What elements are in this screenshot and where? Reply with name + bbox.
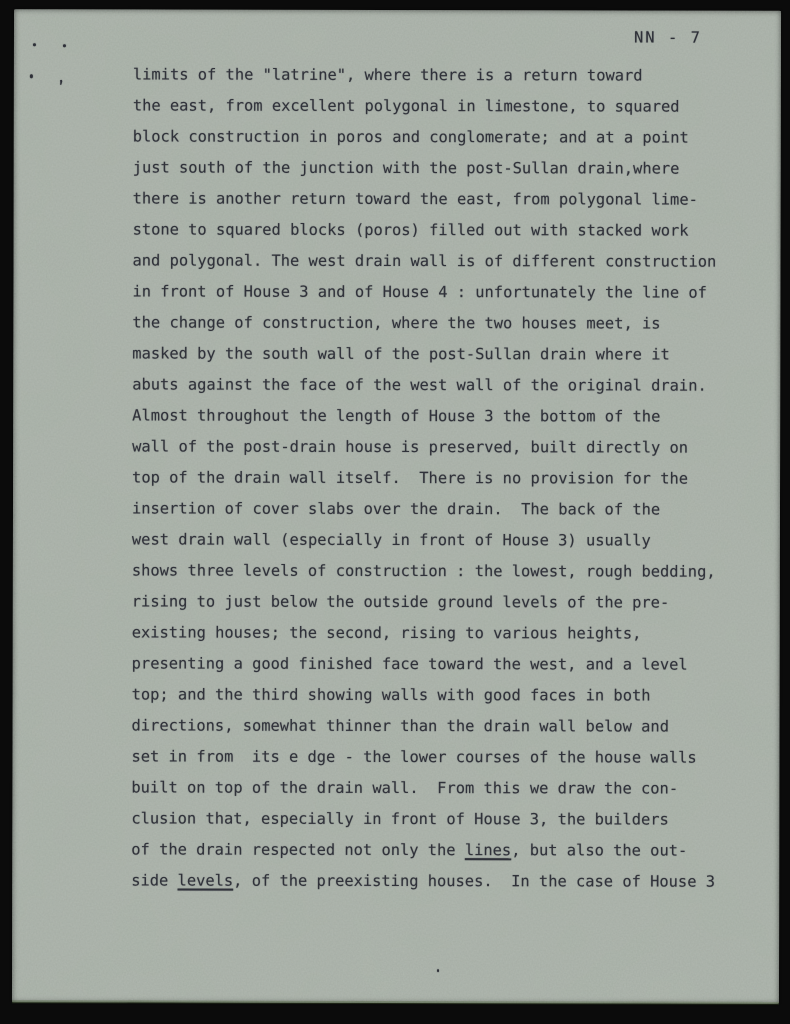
text-line: built on top of the drain wall. From thi… — [131, 772, 741, 804]
page-number: NN - 7 — [634, 28, 702, 46]
text-line: shows three levels of construction : the… — [132, 555, 742, 587]
text-line: Almost throughout the length of House 3 … — [132, 400, 742, 432]
text-line: masked by the south wall of the post-Sul… — [132, 338, 742, 370]
text-line: in front of House 3 and of House 4 : unf… — [132, 276, 742, 308]
text-line: set in from its e dge - the lower course… — [131, 741, 741, 773]
text-line: abuts against the face of the west wall … — [132, 369, 742, 401]
text-line: and polygonal. The west drain wall is of… — [132, 245, 742, 277]
text-line: presenting a good finished face toward t… — [132, 648, 742, 680]
text-line: limits of the "latrine", where there is … — [133, 59, 743, 91]
text-line: just south of the junction with the post… — [133, 152, 743, 184]
text-line: existing houses; the second, rising to v… — [132, 617, 742, 649]
text-line: there is another return toward the east,… — [133, 183, 743, 215]
ink-speck — [30, 74, 33, 78]
text-line: wall of the post-drain house is preserve… — [132, 431, 742, 463]
ink-speck — [437, 969, 439, 972]
text-line: the east, from excellent polygonal in li… — [133, 90, 743, 122]
text-line: of the drain respected not only the line… — [131, 834, 741, 866]
text-line: the change of construction, where the tw… — [132, 307, 742, 339]
text-line: stone to squared blocks (poros) filled o… — [133, 214, 743, 246]
text-line: top; and the third showing walls with go… — [132, 679, 742, 711]
typewritten-text: limits of the "latrine", where there is … — [131, 59, 743, 897]
text-line: top of the drain wall itself. There is n… — [132, 462, 742, 494]
text-line: clusion that, especially in front of Hou… — [131, 803, 741, 835]
text-line: directions, somewhat thinner than the dr… — [132, 710, 742, 742]
ink-speck — [63, 44, 66, 47]
stray-comma-mark: , — [54, 66, 69, 82]
ink-speck — [33, 43, 36, 46]
text-line: block construction in poros and conglome… — [133, 121, 743, 153]
text-line: rising to just below the outside ground … — [132, 586, 742, 618]
document-page: NN - 7 limits of the "latrine", where th… — [12, 9, 781, 1004]
text-line: west drain wall (especially in front of … — [132, 524, 742, 556]
text-line: insertion of cover slabs over the drain.… — [132, 493, 742, 525]
text-line: side levels, of the preexisting houses. … — [131, 865, 741, 897]
